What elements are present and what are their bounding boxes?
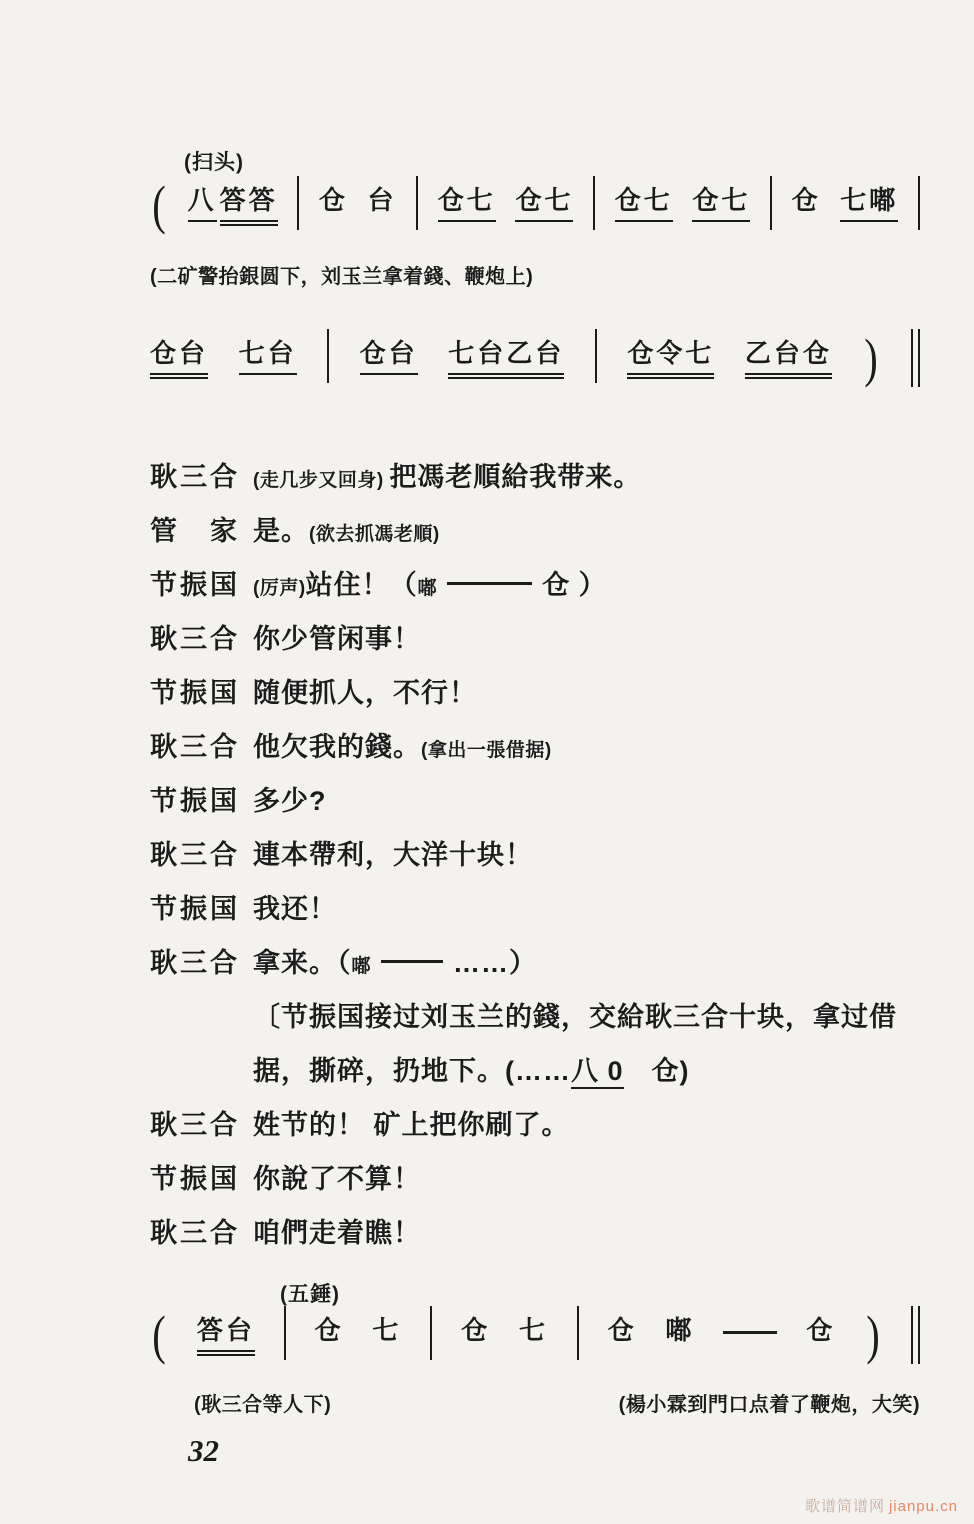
speaker-name: 耿三合: [150, 455, 253, 494]
dialogue-text: 連本帶利，大洋十块！: [253, 833, 533, 872]
percussion-beat: 仓: [608, 1316, 637, 1350]
sustain-dash: [723, 1331, 777, 1334]
percussion-beat: 仓七: [692, 186, 750, 222]
long-dash: [381, 960, 443, 963]
percussion-line-2-wrap: 仓台七台仓台七台乙台仓令七乙台仓): [150, 339, 920, 403]
dialogue-segment: 仓): [624, 1056, 690, 1086]
percussion-beat: 仓: [792, 186, 821, 220]
open-paren: (: [152, 1308, 165, 1362]
speaker-name: 节振国: [150, 887, 253, 926]
dialogue-text: 你少管闲事！: [253, 617, 421, 656]
watermark-site-url: jianpu.cn: [889, 1498, 958, 1515]
percussion-note: 仓: [608, 1316, 637, 1350]
percussion-note: 七台: [239, 339, 297, 375]
percussion-note: 七: [372, 1316, 401, 1350]
dialogue-row: 管 家是。(欲去抓馮老順): [150, 509, 920, 548]
percussion-beat: 仓七: [438, 186, 496, 222]
percussion-line-3: (答台仓七仓七仓嘟仓): [150, 1316, 920, 1380]
tempo-label-bottom: (五錘): [280, 1278, 920, 1308]
percussion-beat: 嘟: [666, 1316, 695, 1350]
speaker-name: 管 家: [150, 509, 253, 548]
speaker-name: 耿三合: [150, 1211, 253, 1250]
dialogue-segment: 我还！: [253, 894, 337, 924]
dialogue-segment: 連本帶利，大洋十块！: [253, 840, 533, 870]
dialogue-segment: 站住！（: [306, 570, 418, 600]
barline: [577, 1306, 579, 1360]
percussion-beat: 仓七: [515, 186, 573, 222]
speaker-name: 耿三合: [150, 833, 253, 872]
barline: [297, 176, 299, 230]
percussion-beat: 仓: [461, 1316, 490, 1350]
score-page: (扫头) (八答答仓台仓七仓七仓七仓七仓七嘟 (二矿警抬銀圆下，刘玉兰拿着錢、鞭…: [0, 0, 974, 1524]
inline-annotation: 嘟: [352, 956, 372, 977]
speaker-name: 节振国: [150, 779, 253, 818]
speaker-name: 耿三合: [150, 1103, 253, 1142]
dialogue-segment: 是。: [253, 516, 309, 546]
dialogue-row: 耿三合他欠我的錢。(拿出一張借据): [150, 725, 920, 764]
dialogue-segment: 〔节振国接过刘玉兰的錢，交給耿三合十块，拿过借: [253, 1002, 897, 1032]
dialogue-row: 耿三合姓节的！ 矿上把你刷了。: [150, 1103, 920, 1142]
dialogue-text: 随便抓人，不行！: [253, 671, 477, 710]
inline-annotation: (厉声): [253, 578, 306, 599]
percussion-note: 仓七: [615, 186, 673, 222]
inline-annotation: (欲去抓馮老順): [309, 524, 440, 545]
dialogue-text: (走几步又回身) 把馮老順給我带来。: [253, 455, 641, 494]
page-number: 32: [188, 1433, 920, 1469]
final-barline: [911, 1306, 920, 1364]
percussion-note: 七: [519, 1316, 548, 1350]
dialogue-segment: 仓 ）: [542, 570, 607, 600]
stage-direction-row: (耿三合等人下) (楊小霖到門口点着了鞭炮，大笑): [150, 1388, 920, 1417]
dialogue-text: 拿来。（嘟……）: [253, 941, 537, 980]
tempo-label-top: (扫头): [184, 146, 920, 176]
percussion-note: 八: [188, 186, 217, 222]
dialogue-text: 多少?: [253, 779, 327, 818]
dialogue-row: 耿三合拿来。（嘟……）: [150, 941, 920, 980]
percussion-beat: 仓: [806, 1316, 835, 1350]
percussion-note: 仓台: [150, 339, 208, 375]
dialogue-segment: 姓节的！ 矿上把你刷了。: [253, 1110, 570, 1140]
barline: [770, 176, 772, 230]
dialogue-segment: 多少?: [253, 786, 327, 816]
dialogue-row: 节振国(厉声)站住！（嘟仓 ）: [150, 563, 920, 602]
top-section: (扫头) (八答答仓台仓七仓七仓七仓七仓七嘟 (二矿警抬銀圆下，刘玉兰拿着錢、鞭…: [150, 146, 920, 403]
speaker-name: 节振国: [150, 1157, 253, 1196]
dialogue-text: 他欠我的錢。(拿出一張借据): [253, 725, 552, 764]
stage-direction-right: (楊小霖到門口点着了鞭炮，大笑): [619, 1388, 920, 1417]
dialogue-text: 是。(欲去抓馮老順): [253, 509, 440, 548]
percussion-note: 七台乙台: [448, 339, 564, 375]
dialogue-text: 姓节的！ 矿上把你刷了。: [253, 1103, 570, 1142]
percussion-note: 答台: [197, 1316, 255, 1352]
dialogue-row: 据，撕碎，扔地下。(……八 0 仓): [150, 1049, 920, 1088]
percussion-beat: 仓台: [150, 339, 208, 375]
stage-direction-left: (耿三合等人下): [194, 1388, 331, 1417]
dialogue-text: 咱們走着瞧！: [253, 1211, 421, 1250]
speaker-name: 节振国: [150, 671, 253, 710]
dialogue-text: 据，撕碎，扔地下。(……八 0 仓): [253, 1049, 690, 1088]
percussion-note: 仓: [461, 1316, 490, 1350]
dialogue-row: 〔节振国接过刘玉兰的錢，交給耿三合十块，拿过借: [150, 995, 920, 1034]
inline-annotation: 嘟: [418, 578, 438, 599]
percussion-line-1: (八答答仓台仓七仓七仓七仓七仓七嘟: [150, 186, 920, 250]
open-paren: (: [152, 178, 165, 232]
long-dash: [447, 582, 532, 585]
dialogue-block: 耿三合(走几步又回身) 把馮老順給我带来。管 家是。(欲去抓馮老順)节振国(厉声…: [150, 455, 920, 1250]
barline: [327, 329, 329, 383]
dialogue-row: 耿三合咱們走着瞧！: [150, 1211, 920, 1250]
percussion-note: 乙台仓: [745, 339, 832, 375]
percussion-beat: 乙台仓: [745, 339, 832, 375]
speaker-name: 节振国: [150, 563, 253, 602]
inline-annotation: (拿出一張借据): [421, 740, 552, 761]
percussion-beat: 七台乙台: [448, 339, 564, 375]
percussion-note: 台: [368, 186, 397, 220]
dialogue-row: 节振国我还！: [150, 887, 920, 926]
percussion-beat: 七台: [239, 339, 297, 375]
percussion-beat: 答台: [197, 1316, 255, 1352]
percussion-note: 仓七: [692, 186, 750, 222]
watermark: 歌谱简谱网jianpu.cn: [805, 1495, 958, 1516]
dialogue-row: 耿三合你少管闲事！: [150, 617, 920, 656]
percussion-note: 七嘟: [840, 186, 898, 222]
percussion-beat: 仓: [315, 1316, 344, 1350]
dialogue-segment: 随便抓人，不行！: [253, 678, 477, 708]
percussion-beat: 七: [519, 1316, 548, 1350]
dialogue-segment: ……）: [453, 948, 537, 978]
barline: [593, 176, 595, 230]
barline: [595, 329, 597, 383]
percussion-beat: 七: [372, 1316, 401, 1350]
watermark-site-name: 歌谱简谱网: [805, 1498, 885, 1515]
close-paren: ): [865, 331, 878, 385]
dialogue-row: 节振国随便抓人，不行！: [150, 671, 920, 710]
final-barline: [911, 329, 920, 387]
underlined-notation: 八 0: [571, 1056, 624, 1089]
percussion-beat: 八答答: [188, 186, 278, 222]
percussion-note: 仓令七: [627, 339, 714, 375]
percussion-beat: 仓七: [615, 186, 673, 222]
percussion-note: 仓台: [360, 339, 418, 375]
dialogue-segment: 他欠我的錢。: [253, 732, 421, 762]
inline-annotation: (走几步又回身): [253, 470, 389, 491]
speaker-name: 耿三合: [150, 617, 253, 656]
percussion-note: 仓: [315, 1316, 344, 1350]
dialogue-row: 耿三合(走几步又回身) 把馮老順給我带来。: [150, 455, 920, 494]
dialogue-text: 你說了不算！: [253, 1157, 421, 1196]
percussion-note: 仓七: [515, 186, 573, 222]
dialogue-segment: 拿来。（: [253, 948, 352, 978]
close-paren: ): [866, 1308, 879, 1362]
percussion-note: 仓: [319, 186, 348, 220]
barline: [918, 176, 920, 230]
percussion-note: 仓: [806, 1316, 835, 1350]
dialogue-text: (厉声)站住！（嘟仓 ）: [253, 563, 607, 602]
percussion-beat: 仓令七: [627, 339, 714, 375]
percussion-beat: 仓台: [360, 339, 418, 375]
speaker-name: 耿三合: [150, 725, 253, 764]
barline: [430, 1306, 432, 1360]
stage-direction-top: (二矿警抬銀圆下，刘玉兰拿着錢、鞭炮上): [150, 260, 920, 289]
dialogue-text: 〔节振国接过刘玉兰的錢，交給耿三合十块，拿过借: [253, 995, 897, 1034]
percussion-note: 仓七: [438, 186, 496, 222]
dialogue-row: 节振国你說了不算！: [150, 1157, 920, 1196]
barline: [284, 1306, 286, 1360]
speaker-name: 耿三合: [150, 941, 253, 980]
dialogue-segment: 你少管闲事！: [253, 624, 421, 654]
dialogue-segment: 你說了不算！: [253, 1164, 421, 1194]
dialogue-segment: 咱們走着瞧！: [253, 1218, 421, 1248]
percussion-beat: 七嘟: [840, 186, 898, 222]
percussion-line-2: 仓台七台仓台七台乙台仓令七乙台仓): [150, 339, 920, 403]
percussion-note: 嘟: [666, 1316, 695, 1350]
percussion-note: 答答: [220, 186, 278, 222]
dialogue-row: 耿三合連本帶利，大洋十块！: [150, 833, 920, 872]
bottom-section: (五錘) (答台仓七仓七仓嘟仓) (耿三合等人下) (楊小霖到門口点着了鞭炮，大…: [150, 1278, 920, 1469]
percussion-note: 仓: [792, 186, 821, 220]
percussion-beat: 仓: [319, 186, 348, 220]
dialogue-segment: 据，撕碎，扔地下。(……: [253, 1056, 571, 1086]
barline: [416, 176, 418, 230]
dialogue-row: 节振国多少?: [150, 779, 920, 818]
dialogue-text: 我还！: [253, 887, 337, 926]
percussion-beat: 台: [368, 186, 397, 220]
dialogue-segment: 把馮老順給我带来。: [389, 462, 641, 492]
